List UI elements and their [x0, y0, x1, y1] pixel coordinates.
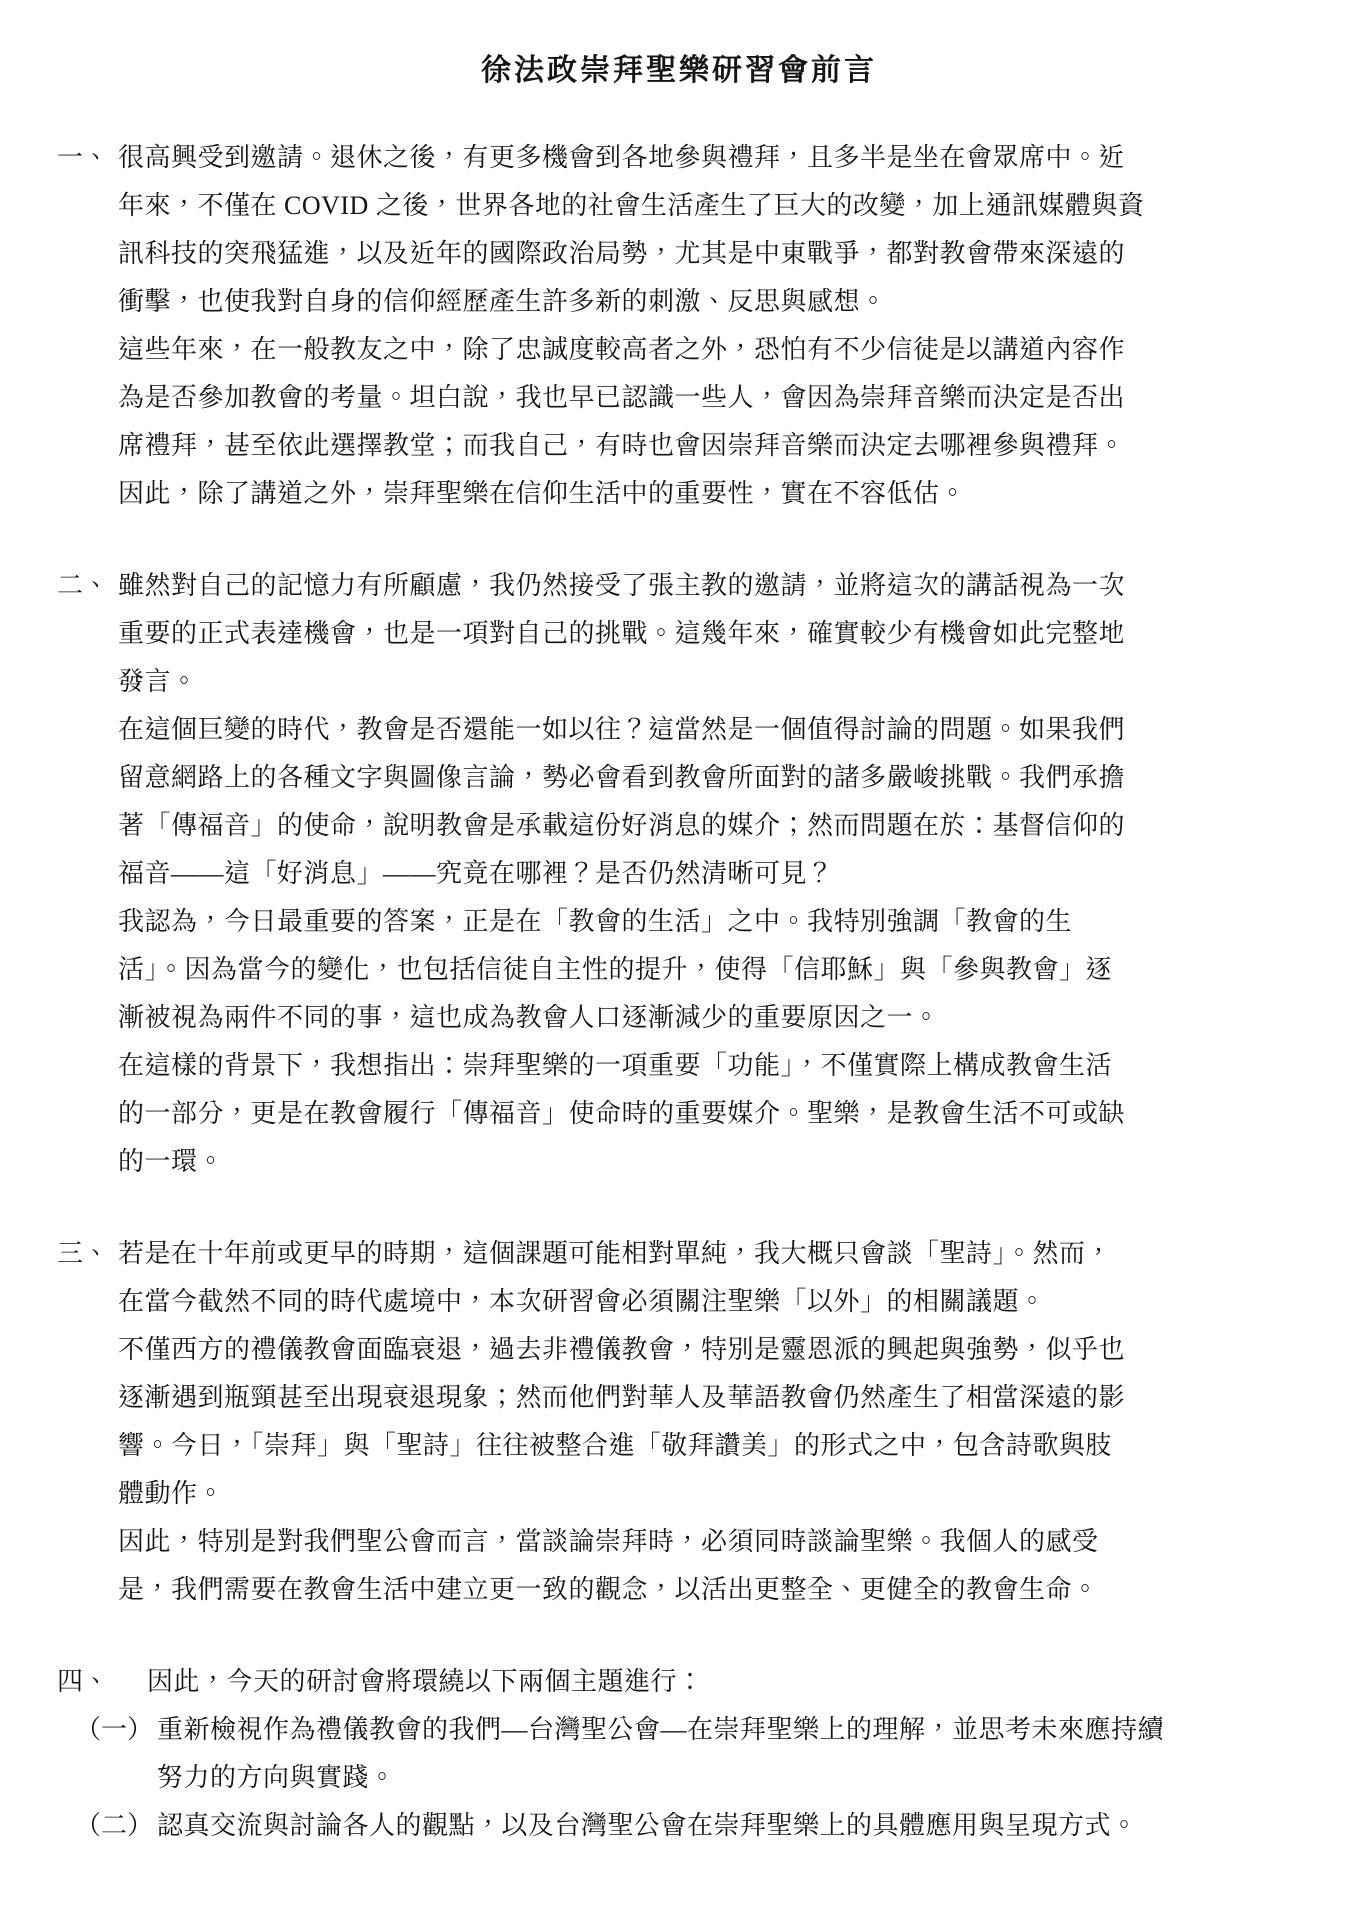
text-line: 因此，除了講道之外，崇拜聖樂在信仰生活中的重要性，實在不容低估。: [118, 470, 1288, 518]
text-line: 因此，特別是對我們聖公會而言，當談論崇拜時，必須同時談論聖樂。我個人的感受: [118, 1518, 1288, 1566]
text-line: 漸被視為兩件不同的事，這也成為教會人口逐漸減少的重要原因之一。: [118, 994, 1288, 1042]
section-1: 一、 很高興受到邀請。退休之後，有更多機會到各地參與禮拜，且多半是坐在會眾席中。…: [57, 134, 1288, 518]
text-line: 的一部分，更是在教會履行「傳福音」使命時的重要媒介。聖樂，是教會生活不可或缺: [118, 1090, 1288, 1138]
text-line: 不僅西方的禮儀教會面臨衰退，過去非禮儀教會，特別是靈恩派的興起與強勢，似乎也: [118, 1326, 1288, 1374]
text-line: 在當今截然不同的時代處境中，本次研習會必須關注聖樂「以外」的相關議題。: [118, 1278, 1288, 1326]
section-number: 二、: [57, 562, 118, 610]
text-line: 在這樣的背景下，我想指出：崇拜聖樂的一項重要「功能」，不僅實際上構成教會生活: [118, 1042, 1288, 1090]
list-item-1: （一） 重新檢視作為禮儀教會的我們—台灣聖公會—在崇拜聖樂上的理解，並思考未來應…: [75, 1706, 1288, 1802]
text-line: 著「傳福音」的使命，說明教會是承載這份好消息的媒介；然而問題在於：基督信仰的: [118, 802, 1288, 850]
text-line: 訊科技的突飛猛進，以及近年的國際政治局勢，尤其是中東戰爭，都對教會帶來深遠的: [118, 230, 1288, 278]
text-line: 福音——這「好消息」——究竟在哪裡？是否仍然清晰可見？: [118, 850, 1288, 898]
document-page: 徐法政崇拜聖樂研習會前言 一、 很高興受到邀請。退休之後，有更多機會到各地參與禮…: [0, 0, 1358, 1920]
subitem-number: （一）: [75, 1706, 157, 1754]
document-title: 徐法政崇拜聖樂研習會前言: [0, 0, 1358, 90]
section-body: 很高興受到邀請。退休之後，有更多機會到各地參與禮拜，且多半是坐在會眾席中。近 年…: [118, 134, 1288, 518]
text-line: 認真交流與討論各人的觀點，以及台灣聖公會在崇拜聖樂上的具體應用與呈現方式。: [157, 1802, 1288, 1850]
text-line: 逐漸遇到瓶頸甚至出現衰退現象；然而他們對華人及華語教會仍然產生了相當深遠的影: [118, 1374, 1288, 1422]
text-line: 是，我們需要在教會生活中建立更一致的觀念，以活出更整全、更健全的教會生命。: [118, 1566, 1288, 1614]
section-number: 四、: [57, 1658, 147, 1706]
text-line: 努力的方向與實踐。: [157, 1754, 1288, 1802]
section-4: 四、 因此，今天的研討會將環繞以下兩個主題進行：: [57, 1658, 1288, 1706]
section-2: 二、 雖然對自己的記憶力有所顧慮，我仍然接受了張主教的邀請，並將這次的講話視為一…: [57, 562, 1288, 1186]
text-line: 活」。因為當今的變化，也包括信徒自主性的提升，使得「信耶穌」與「參與教會」逐: [118, 946, 1288, 994]
section-body: 若是在十年前或更早的時期，這個課題可能相對單純，我大概只會談「聖詩」。然而， 在…: [118, 1230, 1288, 1614]
subitem-number: （二）: [75, 1802, 157, 1850]
subitem-body: 認真交流與討論各人的觀點，以及台灣聖公會在崇拜聖樂上的具體應用與呈現方式。: [157, 1802, 1288, 1850]
text-line: 雖然對自己的記憶力有所顧慮，我仍然接受了張主教的邀請，並將這次的講話視為一次: [118, 562, 1288, 610]
section-number: 三、: [57, 1230, 118, 1278]
section-body: 雖然對自己的記憶力有所顧慮，我仍然接受了張主教的邀請，並將這次的講話視為一次 重…: [118, 562, 1288, 1186]
section-3: 三、 若是在十年前或更早的時期，這個課題可能相對單純，我大概只會談「聖詩」。然而…: [57, 1230, 1288, 1614]
text-line: 響。今日，「崇拜」與「聖詩」往往被整合進「敬拜讚美」的形式之中，包含詩歌與肢: [118, 1422, 1288, 1470]
text-line: 若是在十年前或更早的時期，這個課題可能相對單純，我大概只會談「聖詩」。然而，: [118, 1230, 1288, 1278]
text-line: 席禮拜，甚至依此選擇教堂；而我自己，有時也會因崇拜音樂而決定去哪裡參與禮拜。: [118, 422, 1288, 470]
section-number: 一、: [57, 134, 118, 182]
text-line: 在這個巨變的時代，教會是否還能一如以往？這當然是一個值得討論的問題。如果我們: [118, 706, 1288, 754]
text-line: 為是否參加教會的考量。坦白說，我也早已認識一些人，會因為崇拜音樂而決定是否出: [118, 374, 1288, 422]
text-line: 留意網路上的各種文字與圖像言論，勢必會看到教會所面對的諸多嚴峻挑戰。我們承擔: [118, 754, 1288, 802]
text-line: 很高興受到邀請。退休之後，有更多機會到各地參與禮拜，且多半是坐在會眾席中。近: [118, 134, 1288, 182]
text-line: 體動作。: [118, 1470, 1288, 1518]
text-line: 這些年來，在一般教友之中，除了忠誠度較高者之外，恐怕有不少信徒是以講道內容作: [118, 326, 1288, 374]
subitem-body: 重新檢視作為禮儀教會的我們—台灣聖公會—在崇拜聖樂上的理解，並思考未來應持續 努…: [157, 1706, 1288, 1802]
text-line: 我認為，今日最重要的答案，正是在「教會的生活」之中。我特別強調「教會的生: [118, 898, 1288, 946]
text-line: 發言。: [118, 658, 1288, 706]
text-line: 重新檢視作為禮儀教會的我們—台灣聖公會—在崇拜聖樂上的理解，並思考未來應持續: [157, 1706, 1288, 1754]
text-line: 的一環。: [118, 1138, 1288, 1186]
document-body: 一、 很高興受到邀請。退休之後，有更多機會到各地參與禮拜，且多半是坐在會眾席中。…: [0, 90, 1358, 1850]
list-item-2: （二） 認真交流與討論各人的觀點，以及台灣聖公會在崇拜聖樂上的具體應用與呈現方式…: [75, 1802, 1288, 1850]
text-line: 年來，不僅在 COVID 之後，世界各地的社會生活產生了巨大的改變，加上通訊媒體…: [118, 182, 1288, 230]
text-line: 重要的正式表達機會，也是一項對自己的挑戰。這幾年來，確實較少有機會如此完整地: [118, 610, 1288, 658]
section-body: 因此，今天的研討會將環繞以下兩個主題進行：: [147, 1658, 1288, 1706]
text-line: 因此，今天的研討會將環繞以下兩個主題進行：: [147, 1658, 1288, 1706]
text-line: 衝擊，也使我對自身的信仰經歷產生許多新的刺激、反思與感想。: [118, 278, 1288, 326]
